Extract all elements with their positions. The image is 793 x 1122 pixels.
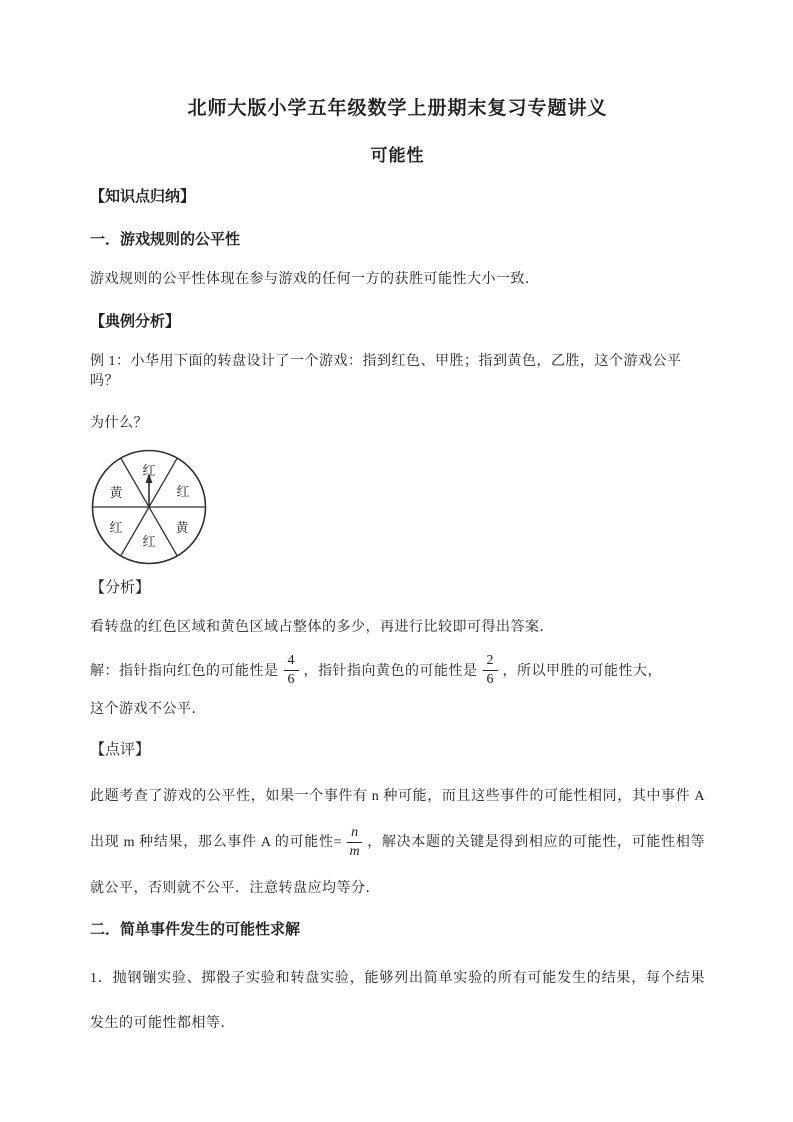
fraction-n-over-m: nm: [347, 825, 362, 860]
comment-paragraph: 此题考查了游戏的公平性，如果一个事件有 n 种可能，而且这些事件的可能性相同，其…: [90, 774, 705, 912]
spinner-label-upper-right: 红: [176, 484, 189, 499]
spinner-label-lower-right: 黄: [175, 520, 189, 535]
solution-suffix: ，所以甲胜的可能性大，: [503, 660, 663, 680]
fraction-yellow-probability: 26: [483, 653, 498, 688]
solution-prefix: 解：指针指向红色的可能性是: [90, 660, 279, 680]
knowledge-points-header: 【知识点归纳】: [90, 187, 705, 207]
spinner-label-lower-left: 红: [109, 520, 122, 535]
example-analysis-header: 【典例分析】: [90, 312, 705, 332]
spinner-svg: 红 红 黄 红 红 黄: [90, 448, 208, 566]
solution-middle: ，指针指向黄色的可能性是: [304, 660, 478, 680]
fraction-red-probability: 46: [284, 653, 299, 688]
analysis-header: 【分析】: [90, 578, 705, 598]
solution-line2: 这个游戏不公平．: [90, 700, 705, 720]
spinner-label-upper-left: 黄: [109, 485, 123, 500]
document-page: 北师大版小学五年级数学上册期末复习专题讲义 可能性 【知识点归纳】 一．游戏规则…: [0, 0, 793, 1122]
example1-question-line2: 为什么？: [90, 414, 705, 434]
spinner-label-top: 红: [142, 463, 155, 478]
topic1-heading: 一．游戏规则的公平性: [90, 230, 705, 250]
document-title: 北师大版小学五年级数学上册期末复习专题讲义: [90, 96, 705, 122]
topic2-text: 1．抛钢镚实验、掷骰子实验和转盘实验，能够列出简单实验的所有可能发生的结果，每个…: [90, 956, 705, 1046]
example1-question-line1: 例 1：小华用下面的转盘设计了一个游戏：指到红色、甲胜；指到黄色，乙胜，这个游戏…: [90, 352, 705, 392]
topic2-heading: 二．简单事件发生的可能性求解: [90, 920, 705, 940]
topic1-text: 游戏规则的公平性体现在参与游戏的任何一方的获胜可能性大小一致．: [90, 270, 705, 290]
document-subtitle: 可能性: [90, 144, 705, 168]
solution-line1: 解：指针指向红色的可能性是 46 ，指针指向黄色的可能性是 26 ，所以甲胜的可…: [90, 646, 705, 694]
spinner-label-bottom: 红: [142, 534, 155, 549]
spinner-figure: 红 红 黄 红 红 黄: [90, 448, 208, 566]
comment-header: 【点评】: [90, 740, 705, 760]
analysis-text: 看转盘的红色区域和黄色区域占整体的多少，再进行比较即可得出答案．: [90, 618, 705, 638]
